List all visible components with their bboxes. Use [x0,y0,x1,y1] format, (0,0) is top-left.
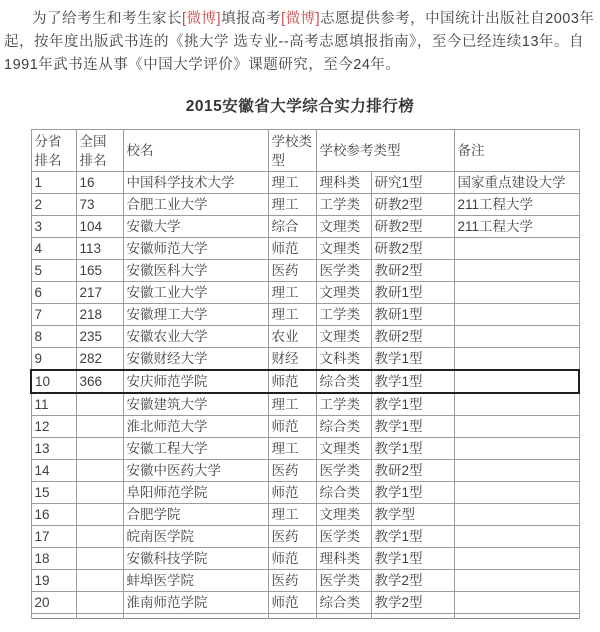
table-cell: 211工程大学 [454,194,579,216]
table-cell: 教学1型 [371,548,454,570]
table-cell: 7 [31,304,76,326]
table-cell [76,438,123,460]
table-cell: 合肥工业大学 [123,194,268,216]
table-cell: 16 [31,504,76,526]
table-cell: 文理类 [316,216,371,238]
table-cell: 文理类 [316,438,371,460]
table-cell: 73 [76,194,123,216]
table-row: 8235安徽农业大学农业文理类教研2型 [31,326,579,348]
table-cell: 安徽理工大学 [123,304,268,326]
table-cell [454,326,579,348]
table-cell [76,460,123,482]
intro-paragraph: 为了给考生和考生家长[微博]填报高考[微博]志愿提供参考，中国统计出版社自200… [4,8,596,77]
table-cell: 教研2型 [371,260,454,282]
table-cell: 安徽大学 [123,216,268,238]
table-head: 分省排名全国排名校名学校类型学校参考类型备注 [31,130,579,172]
table-cell: 12 [31,416,76,438]
table-cell: 农业 [268,326,316,348]
table-row: 9282安徽财经大学财经文科类教学1型 [31,348,579,371]
table-cell: 合肥学院 [123,504,268,526]
column-header: 校名 [123,130,268,172]
table-cell: 安徽师范大学 [123,238,268,260]
table-cell: 安徽农业大学 [123,326,268,348]
table-cell [454,482,579,504]
table-cell: 1 [31,172,76,194]
table-cell: 研教2型 [371,238,454,260]
table-cell [76,393,123,416]
table-cell: 安徽建筑大学 [123,393,268,416]
column-header: 学校参考类型 [316,130,454,172]
table-cell: 11 [31,393,76,416]
table-cell: 6 [31,282,76,304]
table-cell: 理科类 [316,172,371,194]
table-cell: 366 [76,370,123,393]
table-cell: 理工 [268,393,316,416]
table-cell: 20 [31,592,76,614]
column-header: 学校类型 [268,130,316,172]
table-cell: 教学2型 [371,592,454,614]
table-cell: 研教2型 [371,216,454,238]
table-cell [454,548,579,570]
table-cell: 教学型 [371,504,454,526]
table-cell: 师范 [268,548,316,570]
table-cell: 教学1型 [371,370,454,393]
table-cell: 16 [76,172,123,194]
table-row: 7218安徽理工大学理工工学类教研1型 [31,304,579,326]
table-cell [123,614,268,619]
table-cell [31,614,76,619]
table-cell [454,526,579,548]
table-cell [454,592,579,614]
table-cell: 师范 [268,416,316,438]
table-cell: 医学类 [316,570,371,592]
table-cell: 文理类 [316,282,371,304]
table-cell: 理工 [268,194,316,216]
table-cell: 蚌埠医学院 [123,570,268,592]
table-cell [454,238,579,260]
table-cell: 淮北师范大学 [123,416,268,438]
column-header: 分省排名 [31,130,76,172]
table-cell: 13 [31,438,76,460]
table-cell: 教学1型 [371,482,454,504]
table-cell: 安徽科技学院 [123,548,268,570]
table-cell [268,614,316,619]
table-row: 273合肥工业大学理工工学类研教2型211工程大学 [31,194,579,216]
table-cell [316,614,371,619]
table-row: 16合肥学院理工文理类教学型 [31,504,579,526]
table-cell: 217 [76,282,123,304]
table-cell: 文理类 [316,504,371,526]
table-row: 5165安徽医科大学医药医学类教研2型 [31,260,579,282]
table-cell: 教学1型 [371,348,454,371]
table-cell: 阜阳师范学院 [123,482,268,504]
table-cell: 理工 [268,438,316,460]
table-cell [454,348,579,371]
table-cell [454,260,579,282]
table-cell [76,526,123,548]
table-cell: 教研2型 [371,326,454,348]
table-cell: 安徽财经大学 [123,348,268,371]
table-row: 12淮北师范大学师范综合类教学1型 [31,416,579,438]
table-row: 17皖南医学院医药医学类教学1型 [31,526,579,548]
table-cell: 研究1型 [371,172,454,194]
table-cell: 教研1型 [371,282,454,304]
table-row: 15阜阳师范学院师范综合类教学1型 [31,482,579,504]
table-cell: 2 [31,194,76,216]
table-cell: 教学1型 [371,393,454,416]
table-cell: 安徽中医药大学 [123,460,268,482]
table-cell: 师范 [268,482,316,504]
intro-text: 填报高考 [221,11,281,27]
table-row: 13安徽工程大学理工文理类教学1型 [31,438,579,460]
table-cell: 师范 [268,370,316,393]
table-cell: 医学类 [316,260,371,282]
table-cell [454,504,579,526]
table-cell [454,393,579,416]
table-cell [76,592,123,614]
table-cell: 研教2型 [371,194,454,216]
table-cell: 104 [76,216,123,238]
table-cell: 文理类 [316,326,371,348]
table-cell: 医药 [268,260,316,282]
table-cell: 综合类 [316,482,371,504]
table-cell: 113 [76,238,123,260]
table-cell [76,504,123,526]
table-cell: 师范 [268,592,316,614]
table-cell: 淮南师范学院 [123,592,268,614]
table-cell: 235 [76,326,123,348]
table-cell: 19 [31,570,76,592]
table-cell: 理工 [268,504,316,526]
table-cell: 教研2型 [371,460,454,482]
table-cell [76,482,123,504]
table-cell: 综合类 [316,592,371,614]
table-cell: 教学1型 [371,438,454,460]
table-cell [454,416,579,438]
table-cell: 218 [76,304,123,326]
table-cell: 17 [31,526,76,548]
table-cell [76,416,123,438]
table-cell: 5 [31,260,76,282]
table-cell [454,304,579,326]
column-header: 备注 [454,130,579,172]
table-cell [454,370,579,393]
table-row: 14安徽中医药大学医药医学类教研2型 [31,460,579,482]
table-cell: 14 [31,460,76,482]
table-cell: 中国科学技术大学 [123,172,268,194]
table-cell: 医学类 [316,526,371,548]
table-cell: 15 [31,482,76,504]
table-cell: 工学类 [316,304,371,326]
table-cell: 财经 [268,348,316,371]
table-row: 20淮南师范学院师范综合类教学2型 [31,592,579,614]
table-cell: 165 [76,260,123,282]
table-cell [76,548,123,570]
table-row: 116中国科学技术大学理工理科类研究1型国家重点建设大学 [31,172,579,194]
ranking-table: 分省排名全国排名校名学校类型学校参考类型备注 116中国科学技术大学理工理科类研… [30,129,580,619]
table-cell [454,438,579,460]
column-header: 全国排名 [76,130,123,172]
table-cell: 教学1型 [371,526,454,548]
table-cell: 理工 [268,304,316,326]
table-cell: 综合 [268,216,316,238]
table-cell [371,614,454,619]
table-body: 116中国科学技术大学理工理科类研究1型国家重点建设大学273合肥工业大学理工工… [31,172,579,619]
table-cell: 医学类 [316,460,371,482]
table-cell [454,282,579,304]
table-cell: 安庆师范学院 [123,370,268,393]
table-row: 19蚌埠医学院医药医学类教学2型 [31,570,579,592]
table-cell: 工学类 [316,194,371,216]
table-cell: 工学类 [316,393,371,416]
table-row: 4113安徽师范大学师范文理类研教2型 [31,238,579,260]
table-cell: 18 [31,548,76,570]
weibo-link[interactable]: [微博] [182,11,221,27]
table-header-row: 分省排名全国排名校名学校类型学校参考类型备注 [31,130,579,172]
table-cell: 211工程大学 [454,216,579,238]
table-cell [454,614,579,619]
table-cell: 医药 [268,570,316,592]
table-cell: 文科类 [316,348,371,371]
table-cell [454,570,579,592]
table-cell: 国家重点建设大学 [454,172,579,194]
article-page: 为了给考生和考生家长[微博]填报高考[微博]志愿提供参考，中国统计出版社自200… [0,8,600,632]
table-cell [76,570,123,592]
table-cell: 师范 [268,238,316,260]
table-cell: 医药 [268,526,316,548]
table-cell: 安徽医科大学 [123,260,268,282]
table-row: 3104安徽大学综合文理类研教2型211工程大学 [31,216,579,238]
table-cell: 教学1型 [371,416,454,438]
table-row: 18安徽科技学院师范理科类教学1型 [31,548,579,570]
table-row-highlighted: 10366安庆师范学院师范综合类教学1型 [31,370,579,393]
table-cell: 8 [31,326,76,348]
ranking-title: 2015安徽省大学综合实力排行榜 [0,94,600,116]
table-cell: 3 [31,216,76,238]
table-cell: 安徽工程大学 [123,438,268,460]
weibo-link[interactable]: [微博] [281,11,320,27]
table-cell: 皖南医学院 [123,526,268,548]
table-row-partial [31,614,579,619]
table-cell: 10 [31,370,76,393]
table-row: 11安徽建筑大学理工工学类教学1型 [31,393,579,416]
table-cell [454,460,579,482]
table-cell: 医药 [268,460,316,482]
table-cell: 理科类 [316,548,371,570]
intro-text: 为了给考生和考生家长 [32,11,182,27]
table-cell: 282 [76,348,123,371]
table-cell: 理工 [268,172,316,194]
table-cell: 4 [31,238,76,260]
table-cell [76,614,123,619]
table-cell: 安徽工业大学 [123,282,268,304]
table-cell: 教学2型 [371,570,454,592]
table-cell: 理工 [268,282,316,304]
table-cell: 教研1型 [371,304,454,326]
table-row: 6217安徽工业大学理工文理类教研1型 [31,282,579,304]
table-cell: 文理类 [316,238,371,260]
table-cell: 综合类 [316,370,371,393]
table-cell: 综合类 [316,416,371,438]
table-cell: 9 [31,348,76,371]
